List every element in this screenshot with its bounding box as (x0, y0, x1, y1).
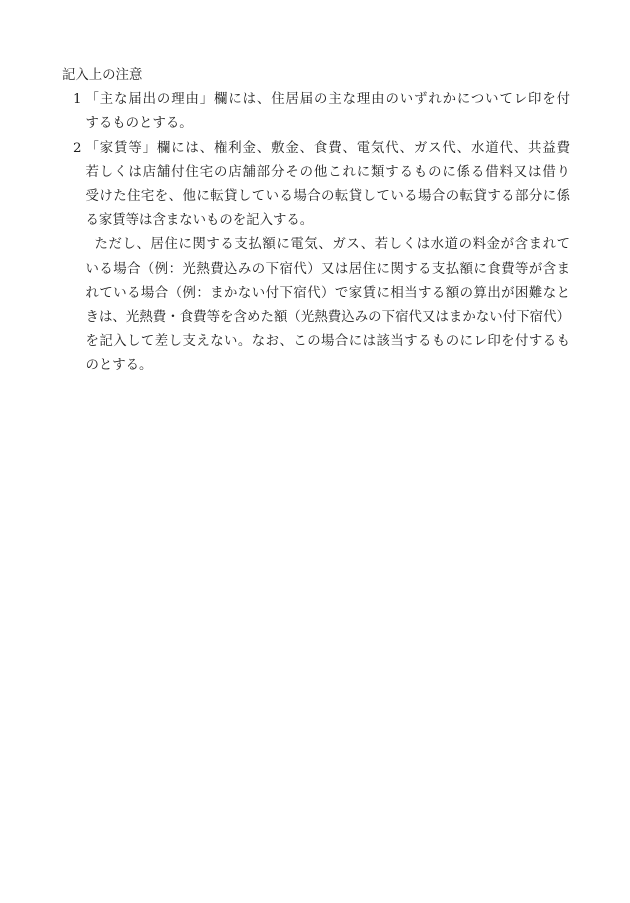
document-page: 記入上の注意 1 「主な届出の理由」欄には、住居届の主な理由のいずれかについてレ… (0, 0, 630, 903)
text-line: れている場合（例：まかない付下宿代）で家賃に相当する額の算出が困難なと (86, 282, 571, 306)
list-item-1: 1 「主な届出の理由」欄には、住居届の主な理由のいずれかについてレ印を付 するも… (62, 88, 570, 136)
text-line: 受けた住宅を、他に転貸している場合の転貸している場合の転貸する部分に係 (86, 185, 571, 209)
text-line: 若しくは店舗付住宅の店舗部分その他これに類するものに係る借料又は借り (86, 161, 571, 185)
item-number: 2 (73, 137, 82, 161)
text-line: するものとする。 (86, 112, 571, 136)
text-line: いる場合（例：光熱費込みの下宿代）又は居住に関する支払額に食費等が含ま (86, 258, 571, 282)
notice-text-block: 記入上の注意 1 「主な届出の理由」欄には、住居届の主な理由のいずれかについてレ… (62, 64, 570, 379)
text-line: きは、光熱費・食費等を含めた額（光熱費込みの下宿代又はまかない付下宿代） (86, 306, 571, 330)
text-line: 「主な届出の理由」欄には、住居届の主な理由のいずれかについてレ印を付 (86, 88, 571, 112)
list-item-2: 2 「家賃等」欄には、権利金、敷金、食費、電気代、ガス代、水道代、共益費 若しく… (62, 137, 570, 234)
text-line: る家賃等は含まないものを記入する。 (86, 209, 571, 233)
text-line: ただし、居住に関する支払額に電気、ガス、若しくは水道の料金が含まれて (86, 233, 571, 257)
supplement-paragraph: ただし、居住に関する支払額に電気、ガス、若しくは水道の料金が含まれて いる場合（… (62, 233, 570, 378)
text-line: を記入して差し支えない。なお、この場合には該当するものにレ印を付するも (86, 330, 571, 354)
text-line: 「家賃等」欄には、権利金、敷金、食費、電気代、ガス代、水道代、共益費 (86, 137, 571, 161)
text-line: のとする。 (86, 354, 571, 378)
page-title: 記入上の注意 (62, 64, 570, 88)
item-number: 1 (73, 88, 82, 112)
